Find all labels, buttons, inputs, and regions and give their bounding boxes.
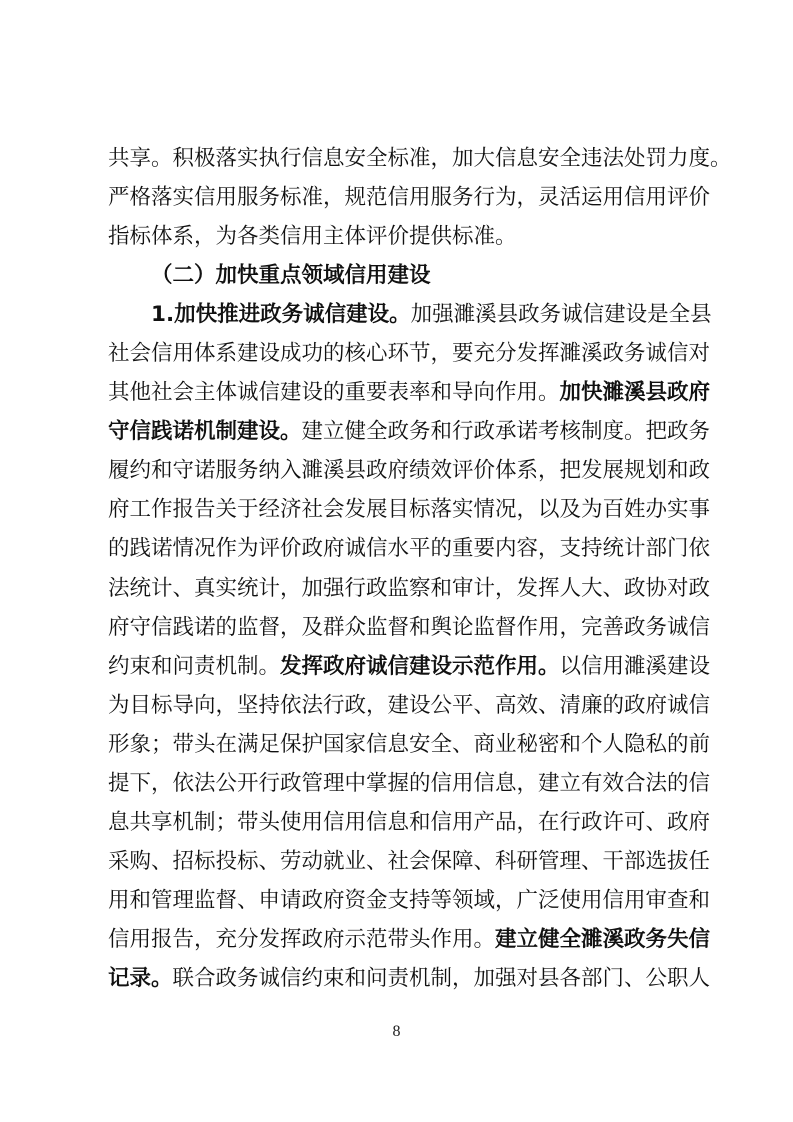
body-text: 指标体系，为各类信用主体评价提供标准。 bbox=[108, 224, 517, 249]
text-line: 约束和问责机制。发挥政府诚信建设示范作用。以信用濉溪建设 bbox=[108, 647, 694, 686]
body-text: 为目标导向，坚持依法行政，建设公平、高效、清廉的政府诚信 bbox=[108, 693, 710, 718]
body-text: 社会信用体系建设成功的核心环节，要充分发挥濉溪政务诚信对 bbox=[108, 341, 710, 366]
body-text: 信用报告，充分发挥政府示范带头作用。 bbox=[108, 927, 495, 952]
body-text: 加强濉溪县政务诚信建设是全县 bbox=[411, 302, 712, 327]
text-line: 提下，依法公开行政管理中掌握的信用信息，建立有效合法的信 bbox=[108, 764, 694, 803]
text-line: 记录。联合政务诚信约束和问责机制，加强对县各部门、公职人 bbox=[108, 959, 694, 998]
text-line: 信用报告，充分发挥政府示范带头作用。建立健全濉溪政务失信 bbox=[108, 920, 694, 959]
text-line: 守信践诺机制建设。建立健全政务和行政承诺考核制度。把政务 bbox=[108, 412, 694, 451]
body-text: 采购、招标投标、劳动就业、社会保障、科研管理、干部选拔任 bbox=[108, 849, 710, 874]
page-number: 8 bbox=[0, 1023, 793, 1041]
text-line: 严格落实信用服务标准，规范信用服务行为，灵活运用信用评价 bbox=[108, 178, 694, 217]
bold-text: 发挥政府诚信建设示范作用。 bbox=[280, 654, 560, 679]
text-line: 1.加快推进政务诚信建设。加强濉溪县政务诚信建设是全县 bbox=[108, 295, 694, 334]
text-line: 府工作报告关于经济社会发展目标落实情况，以及为百姓办实事 bbox=[108, 490, 694, 529]
text-line: 为目标导向，坚持依法行政，建设公平、高效、清廉的政府诚信 bbox=[108, 686, 694, 725]
body-text: 联合政务诚信约束和问责机制，加强对县各部门、公职人 bbox=[173, 966, 711, 991]
bold-text: 加快濉溪县政府 bbox=[560, 380, 711, 405]
body-text: 严格落实信用服务标准，规范信用服务行为，灵活运用信用评价 bbox=[108, 185, 710, 210]
text-line: 息共享机制；带头使用信用信息和信用产品，在行政许可、政府 bbox=[108, 803, 694, 842]
text-line: 其他社会主体诚信建设的重要表率和导向作用。加快濉溪县政府 bbox=[108, 373, 694, 412]
text-line: 履约和守诺服务纳入濉溪县政府绩效评价体系，把发展规划和政 bbox=[108, 451, 694, 490]
body-text: 府守信践诺的监督，及群众监督和舆论监督作用，完善政务诚信 bbox=[108, 615, 710, 640]
body-text: 府工作报告关于经济社会发展目标落实情况，以及为百姓办实事 bbox=[108, 497, 710, 522]
body-text: 以信用濉溪建设 bbox=[560, 654, 711, 679]
text-line: 形象；带头在满足保护国家信息安全、商业秘密和个人隐私的前 bbox=[108, 725, 694, 764]
text-line: 府守信践诺的监督，及群众监督和舆论监督作用，完善政务诚信 bbox=[108, 608, 694, 647]
text-line: 用和管理监督、申请政府资金支持等领域，广泛使用信用审查和 bbox=[108, 881, 694, 920]
text-line: 采购、招标投标、劳动就业、社会保障、科研管理、干部选拔任 bbox=[108, 842, 694, 881]
text-line: 的践诺情况作为评价政府诚信水平的重要内容，支持统计部门依 bbox=[108, 529, 694, 568]
bold-text: 建立健全濉溪政务失信 bbox=[495, 927, 710, 952]
body-text: 形象；带头在满足保护国家信息安全、商业秘密和个人隐私的前 bbox=[108, 732, 710, 757]
bold-text: 记录。 bbox=[108, 966, 173, 991]
bold-text: （二）加快重点领域信用建设 bbox=[151, 263, 431, 288]
body-text: 用和管理监督、申请政府资金支持等领域，广泛使用信用审查和 bbox=[108, 888, 710, 913]
body-text: 约束和问责机制。 bbox=[108, 654, 280, 679]
body-text: 法统计、真实统计，加强行政监察和审计，发挥人大、政协对政 bbox=[108, 576, 710, 601]
text-line: 法统计、真实统计，加强行政监察和审计，发挥人大、政协对政 bbox=[108, 569, 694, 608]
body-text: 履约和守诺服务纳入濉溪县政府绩效评价体系，把发展规划和政 bbox=[108, 458, 710, 483]
section-heading: （二）加快重点领域信用建设 bbox=[108, 256, 694, 295]
text-line: 指标体系，为各类信用主体评价提供标准。 bbox=[108, 217, 694, 256]
text-line: 共享。积极落实执行信息安全标准，加大信息安全违法处罚力度。 bbox=[108, 139, 694, 178]
body-text: 提下，依法公开行政管理中掌握的信用信息，建立有效合法的信 bbox=[108, 771, 710, 796]
text-line: 社会信用体系建设成功的核心环节，要充分发挥濉溪政务诚信对 bbox=[108, 334, 694, 373]
body-text: 的践诺情况作为评价政府诚信水平的重要内容，支持统计部门依 bbox=[108, 536, 710, 561]
body-text: 建立健全政务和行政承诺考核制度。把政务 bbox=[302, 419, 711, 444]
body-text: 其他社会主体诚信建设的重要表率和导向作用。 bbox=[108, 380, 560, 405]
document-body: 共享。积极落实执行信息安全标准，加大信息安全违法处罚力度。严格落实信用服务标准，… bbox=[108, 139, 694, 998]
bold-text: 守信践诺机制建设。 bbox=[108, 419, 302, 444]
body-text: 共享。积极落实执行信息安全标准，加大信息安全违法处罚力度。 bbox=[108, 146, 732, 171]
bold-text: 1.加快推进政务诚信建设。 bbox=[151, 302, 411, 327]
body-text: 息共享机制；带头使用信用信息和信用产品，在行政许可、政府 bbox=[108, 810, 710, 835]
